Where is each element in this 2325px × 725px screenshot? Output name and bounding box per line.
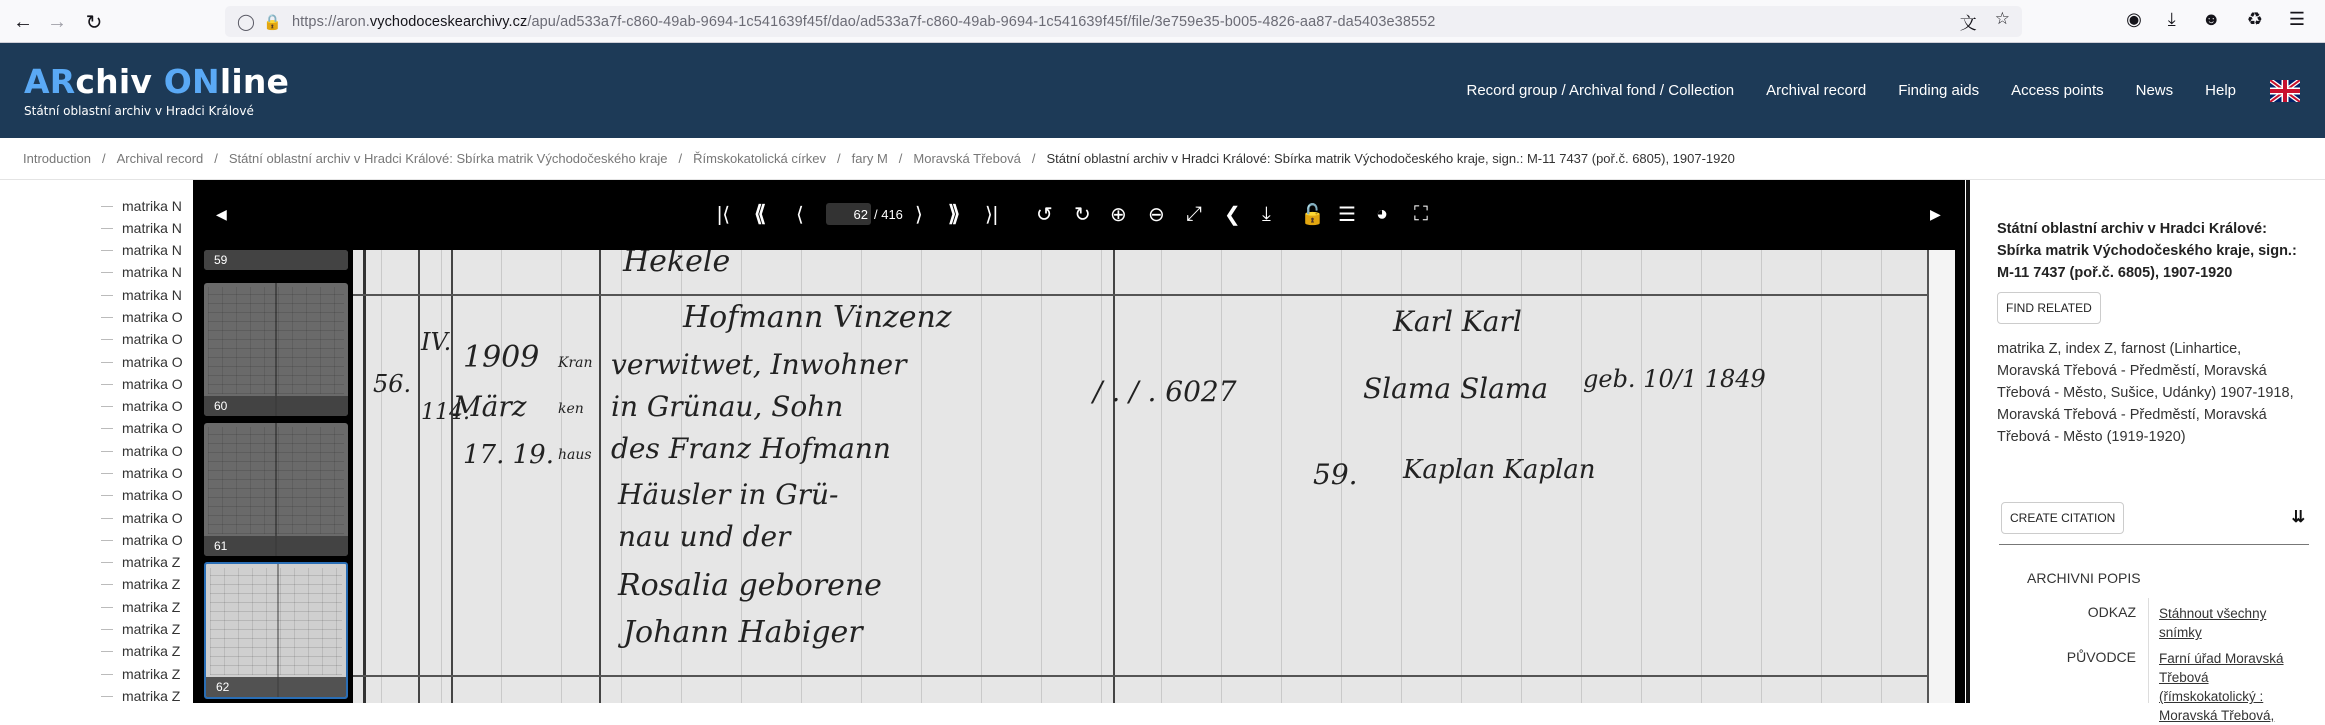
breadcrumb-fary-m[interactable]: fary M [852, 151, 888, 166]
viewer-toolbar: ◀ |⟨ ⟪ ⟨ / 416 ⟩ ⟫ ⟩| ↺ ↻ ⊕ ⊖ ⤢ ❮ ⤓ 🔓 ☰ … [193, 180, 1965, 250]
page-number-input[interactable] [826, 203, 871, 225]
arrow-left-icon: ← [13, 11, 33, 34]
share-icon: ❮ [1224, 202, 1241, 227]
thumbnail[interactable]: 59 [204, 250, 348, 270]
browser-toolbar: ← → ↻ ◯ 🔒 https://aron.vychodoceskearchi… [0, 0, 2325, 43]
translate-icon[interactable]: 文 [1960, 9, 1977, 34]
record-title: Státní oblastní archiv v Hradci Králové:… [1997, 218, 2307, 284]
record-description: matrika Z, index Z, farnost (Linhartice,… [1997, 338, 2307, 448]
tree-item[interactable]: matrika Z [101, 597, 184, 617]
tree-item[interactable]: matrika O [101, 508, 184, 528]
thumbnail-strip[interactable]: 59 60 61 62 [200, 250, 348, 703]
breadcrumb-current: Státní oblastní archiv v Hradci Králové:… [1046, 151, 1734, 166]
thumbnail[interactable]: 60 [204, 283, 348, 416]
site-logo[interactable]: ARchiv ONline Státní oblastní archiv v H… [24, 63, 289, 118]
find-related-button[interactable]: FIND RELATED [1997, 292, 2101, 324]
fit-button[interactable]: ⤢ [1186, 200, 1202, 228]
adjust-button[interactable]: ☰ [1338, 200, 1356, 228]
rotate-left-button[interactable]: ↺ [1036, 200, 1053, 228]
collapse-left-button[interactable]: ◀ [216, 200, 227, 228]
compass-icon: ◕ [1376, 203, 1388, 226]
download-icon: ⤓ [1262, 203, 1271, 226]
breadcrumb-collection[interactable]: Státní oblastní archiv v Hradci Králové:… [229, 151, 668, 166]
account-icon[interactable]: ☻ [2202, 9, 2221, 30]
thumbnail[interactable]: 61 [204, 423, 348, 556]
create-citation-button[interactable]: CREATE CITATION [2001, 502, 2124, 534]
breadcrumb-archival-record[interactable]: Archival record [117, 151, 204, 166]
tree-item[interactable]: matrika N [101, 196, 184, 216]
breadcrumb-church[interactable]: Římskokatolická církev [693, 151, 826, 166]
tree-item[interactable]: matrika Z [101, 574, 184, 594]
chevron-right-icon: ⟩ [915, 202, 923, 227]
triangle-left-icon: ◀ [216, 206, 227, 223]
tree-item[interactable]: matrika O [101, 441, 184, 461]
zoom-in-icon: ⊕ [1110, 202, 1127, 227]
field-label-odkaz: ODKAZ [2019, 604, 2136, 620]
tree-item[interactable]: matrika O [101, 485, 184, 505]
address-bar[interactable]: ◯ 🔒 https://aron.vychodoceskearchivy.cz/… [225, 6, 2022, 37]
breadcrumb-introduction[interactable]: Introduction [23, 151, 91, 166]
expand-arrows-icon: ⤢ [1186, 203, 1202, 226]
menu-icon[interactable]: ☰ [2289, 9, 2305, 30]
logo-title: ARchiv ONline [24, 63, 289, 101]
download-button[interactable]: ⤓ [1262, 200, 1271, 228]
tree-item[interactable]: matrika N [101, 285, 184, 305]
prev-page-button[interactable]: ⟨ [796, 200, 804, 228]
back-button[interactable]: ← [8, 7, 38, 37]
breadcrumb-moravska-trebova[interactable]: Moravská Třebová [913, 151, 1020, 166]
record-tree: matrika N matrika N matrika N matrika N … [0, 180, 193, 703]
reload-icon: ↻ [86, 10, 103, 35]
extensions-icon[interactable]: ♻ [2247, 9, 2263, 30]
rotate-right-button[interactable]: ↻ [1074, 200, 1091, 228]
chevron-left-icon: ⟨ [796, 202, 804, 227]
field-link-puvodce[interactable]: Farní úřad Moravská Třebová (římskokatol… [2159, 649, 2287, 703]
url-text[interactable]: https://aron.vychodoceskearchivy.cz/apu/… [292, 14, 1435, 30]
document-image[interactable]: Hekele 56. IV. 114. 1909 März 17. 19. Kr… [353, 250, 1955, 703]
tree-item[interactable]: matrika N [101, 218, 184, 238]
reload-button[interactable]: ↻ [79, 7, 109, 37]
zoom-out-button[interactable]: ⊖ [1148, 200, 1165, 228]
image-viewer: ◀ |⟨ ⟪ ⟨ / 416 ⟩ ⟫ ⟩| ↺ ↻ ⊕ ⊖ ⤢ ❮ ⤓ 🔓 ☰ … [193, 180, 1965, 703]
tree-item[interactable]: matrika O [101, 418, 184, 438]
collapse-right-button[interactable]: ▶ [1930, 200, 1941, 228]
section-archivni-popis: ARCHIVNI POPIS [2027, 570, 2141, 586]
lock-button[interactable]: 🔓 [1300, 200, 1325, 228]
fullscreen-icon: ⛶ [1414, 203, 1428, 226]
lock-icon[interactable]: 🔒 [263, 13, 282, 31]
arrow-right-icon: → [47, 11, 67, 34]
tree-item[interactable]: matrika O [101, 530, 184, 550]
tree-item[interactable]: matrika Z [101, 664, 184, 684]
tree-item[interactable]: matrika Z [101, 641, 184, 661]
fast-forward-button[interactable]: ⟫ [948, 200, 960, 228]
first-page-button[interactable]: |⟨ [717, 200, 730, 228]
bookmark-star-icon[interactable]: ☆ [1995, 9, 2010, 34]
fullscreen-button[interactable]: ⛶ [1414, 200, 1428, 228]
double-chevron-right-icon: ⟫ [948, 201, 960, 227]
tree-item[interactable]: matrika Z [101, 619, 184, 639]
main-nav: Record group / Archival fond / Collectio… [1434, 43, 2300, 138]
tree-item[interactable]: matrika Z [101, 552, 184, 572]
thumbnail-active[interactable]: 62 [204, 562, 348, 699]
field-label-puvodce: PŮVODCE [2019, 649, 2136, 665]
first-page-icon: |⟨ [717, 202, 730, 227]
tree-item[interactable]: matrika O [101, 374, 184, 394]
share-button[interactable]: ❮ [1224, 200, 1241, 228]
record-info-panel: Státní oblastní archiv v Hradci Králové:… [1966, 180, 2325, 703]
main-content: matrika N matrika N matrika N matrika N … [0, 180, 2325, 703]
tree-item[interactable]: matrika Z [101, 686, 184, 703]
logo-subtitle: Státní oblastní archiv v Hradci Králové [24, 104, 289, 118]
unlock-icon: 🔓 [1300, 202, 1325, 227]
nav-archival-record[interactable]: Archival record [1766, 82, 1866, 99]
fast-back-button[interactable]: ⟪ [754, 200, 766, 228]
sliders-icon: ☰ [1338, 202, 1356, 227]
page-total: / 416 [874, 207, 903, 222]
shield-icon[interactable]: ◯ [237, 12, 255, 32]
rotate-left-icon: ↺ [1036, 202, 1053, 227]
pocket-icon[interactable]: ◉ [2126, 9, 2142, 30]
uk-flag-icon[interactable] [2270, 80, 2300, 102]
nav-help[interactable]: Help [2205, 82, 2236, 99]
triangle-right-icon: ▶ [1930, 206, 1941, 223]
nav-news[interactable]: News [2136, 82, 2174, 99]
rotate-right-icon: ↻ [1074, 202, 1091, 227]
tree-item[interactable]: matrika N [101, 262, 184, 282]
nav-finding-aids[interactable]: Finding aids [1898, 82, 1979, 99]
breadcrumb: Introduction / Archival record / Státní … [0, 138, 2325, 180]
expand-chevrons-icon[interactable]: ⇊ [2292, 507, 2305, 527]
double-chevron-left-icon: ⟪ [754, 201, 766, 227]
forward-button[interactable]: → [42, 7, 72, 37]
nav-access-points[interactable]: Access points [2011, 82, 2104, 99]
tree-item[interactable]: matrika O [101, 396, 184, 416]
field-link-odkaz[interactable]: Stáhnout všechny snímky [2159, 604, 2287, 642]
nav-record-group[interactable]: Record group / Archival fond / Collectio… [1466, 82, 1734, 99]
tree-item[interactable]: matrika N [101, 240, 184, 260]
site-header: ARchiv ONline Státní oblastní archiv v H… [0, 43, 2325, 138]
zoom-out-icon: ⊖ [1148, 202, 1165, 227]
tree-item[interactable]: matrika O [101, 352, 184, 372]
tree-item[interactable]: matrika O [101, 329, 184, 349]
last-page-button[interactable]: ⟩| [985, 200, 998, 228]
tree-item[interactable]: matrika O [101, 307, 184, 327]
navigator-button[interactable]: ◕ [1376, 200, 1388, 228]
next-page-button[interactable]: ⟩ [915, 200, 923, 228]
download-icon[interactable]: ⤓ [2168, 9, 2176, 30]
last-page-icon: ⟩| [985, 202, 998, 227]
zoom-in-button[interactable]: ⊕ [1110, 200, 1127, 228]
tree-item[interactable]: matrika O [101, 463, 184, 483]
